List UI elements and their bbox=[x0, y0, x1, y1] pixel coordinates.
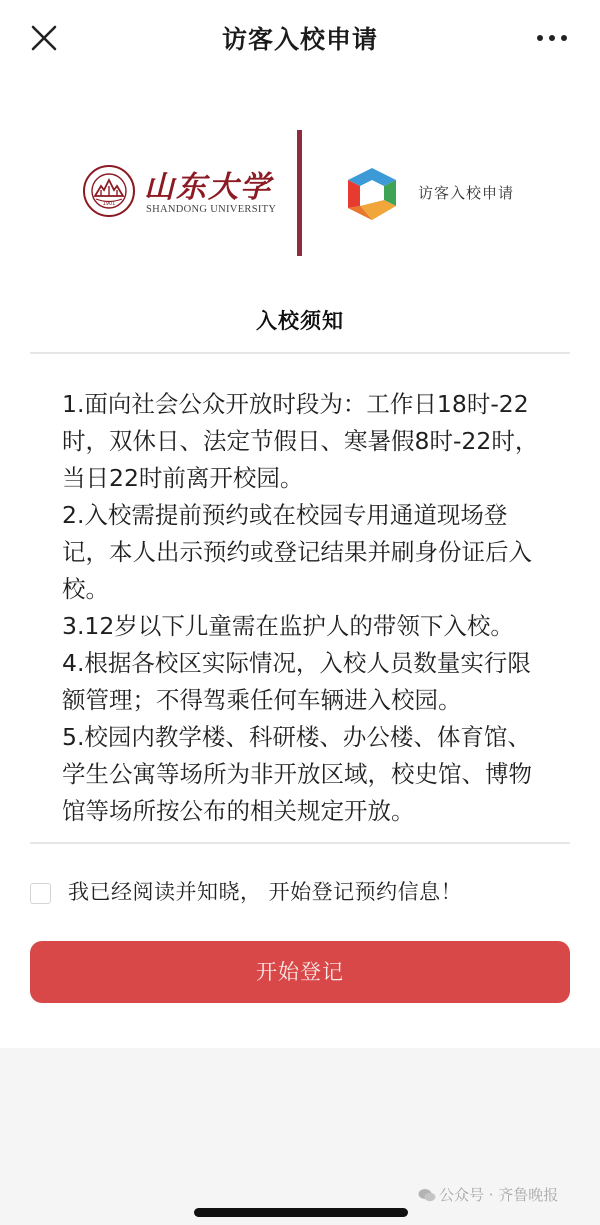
agree-checkbox[interactable] bbox=[30, 883, 51, 904]
university-name-cn: 山东大学 bbox=[144, 162, 272, 206]
university-name-en: SHANDONG UNIVERSITY bbox=[146, 204, 276, 215]
app-name: 访客入校申请 bbox=[418, 182, 514, 203]
start-registration-button[interactable]: 开始登记 bbox=[30, 941, 570, 1003]
divider bbox=[30, 352, 570, 354]
page-title: 访客入校申请 bbox=[0, 20, 600, 56]
notice-body: 1.面向社会公众开放时段为：工作日18时-22时，双休日、法定节假日、寒暑假8时… bbox=[62, 386, 544, 830]
watermark: 公众号 · 齐鲁晚报 bbox=[418, 1184, 558, 1205]
notice-item: 2.入校需提前预约或在校园专用通道现场登记，本人出示预约或登记结果并刷身份证后入… bbox=[62, 497, 544, 608]
divider bbox=[30, 842, 570, 844]
notice-item: 5.校园内教学楼、科研楼、办公楼、体育馆、学生公寓等场所为非开放区域，校史馆、博… bbox=[62, 719, 544, 830]
top-navbar: 访客入校申请 bbox=[0, 0, 600, 78]
more-dots-icon[interactable] bbox=[532, 24, 572, 52]
app-play-logo-icon bbox=[346, 166, 398, 222]
notice-item: 4.根据各校区实际情况，入校人员数量实行限额管理；不得驾乘任何车辆进入校园。 bbox=[62, 645, 544, 719]
notice-item: 1.面向社会公众开放时段为：工作日18时-22时，双休日、法定节假日、寒暑假8时… bbox=[62, 386, 544, 497]
wechat-icon bbox=[418, 1188, 436, 1202]
svg-text:1901: 1901 bbox=[103, 201, 116, 207]
agreement-row[interactable]: 我已经阅读并知晓， 开始登记预约信息！ bbox=[30, 874, 570, 914]
banner-divider bbox=[297, 130, 302, 256]
footer-area: 公众号 · 齐鲁晚报 bbox=[0, 1048, 600, 1225]
header-banner: 1901 山东大学 SHANDONG UNIVERSITY 访客入校申请 bbox=[0, 130, 600, 258]
agree-label[interactable]: 我已经阅读并知晓， 开始登记预约信息！ bbox=[68, 876, 462, 906]
watermark-text: 公众号 · 齐鲁晚报 bbox=[439, 1186, 558, 1204]
university-logo: 1901 山东大学 SHANDONG UNIVERSITY bbox=[82, 160, 262, 230]
notice-item: 3.12岁以下儿童需在监护人的带领下入校。 bbox=[62, 608, 544, 645]
notice-title: 入校须知 bbox=[0, 305, 600, 335]
university-seal-icon: 1901 bbox=[82, 164, 136, 218]
home-indicator[interactable] bbox=[194, 1208, 408, 1217]
